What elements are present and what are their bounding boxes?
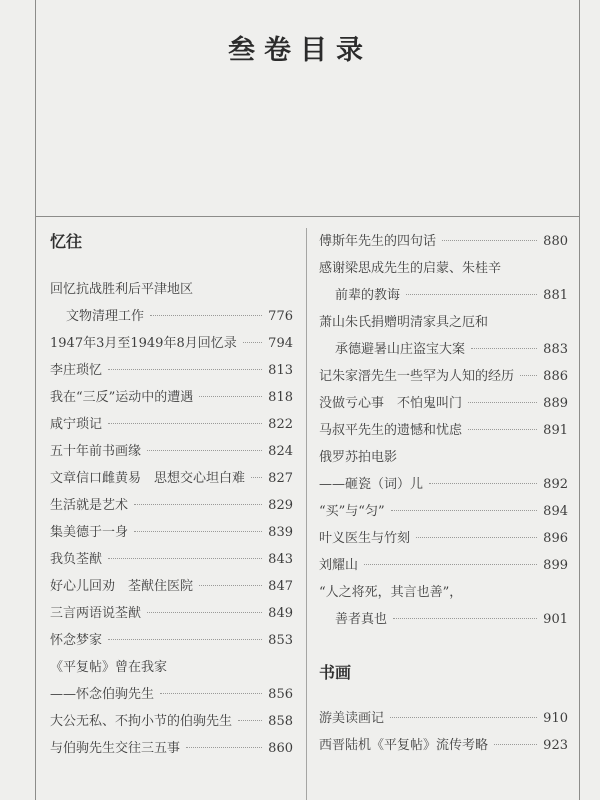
dot-leader <box>393 618 537 619</box>
toc-entry-title: 没做亏心事 不怕鬼叫门 <box>319 390 462 417</box>
toc-entry[interactable]: 与伯驹先生交往三五事860 <box>50 735 293 762</box>
toc-entry-page-number: 889 <box>543 390 568 417</box>
toc-entry[interactable]: ——砸瓷（词）儿892 <box>319 471 568 498</box>
toc-entry-title: 咸宁琐记 <box>50 411 102 438</box>
header-divider-line <box>35 216 580 217</box>
toc-entry[interactable]: 集美德于一身839 <box>50 519 293 546</box>
toc-entry[interactable]: 游美读画记910 <box>319 705 568 732</box>
toc-entry-title: 生活就是艺术 <box>50 492 128 519</box>
toc-entry-page-number: 829 <box>268 492 293 519</box>
toc-entry-page-number: 827 <box>268 465 293 492</box>
toc-entry[interactable]: 俄罗苏拍电影 <box>319 444 568 471</box>
toc-entry-page-number: 843 <box>268 546 293 573</box>
toc-entry-title: 李庄琐忆 <box>50 357 102 384</box>
toc-entry-page-number: 883 <box>543 336 568 363</box>
toc-entry-title: 前辈的教诲 <box>335 282 400 309</box>
toc-entry[interactable]: 我在“三反”运动中的遭遇818 <box>50 384 293 411</box>
toc-entry-title: 西晋陆机《平复帖》流传考略 <box>319 732 488 759</box>
toc-entry-title: 我在“三反”运动中的遭遇 <box>50 384 193 411</box>
toc-entry[interactable]: 善者真也901 <box>319 606 568 633</box>
toc-entry[interactable]: 刘耀山899 <box>319 552 568 579</box>
toc-entry-page-number: 822 <box>268 411 293 438</box>
toc-entry-title: 游美读画记 <box>319 705 384 732</box>
dot-leader <box>391 510 538 511</box>
toc-entry[interactable]: “人之将死，其言也善”， <box>319 579 568 606</box>
toc-entry-title: 记朱家溍先生一些罕为人知的经历 <box>319 363 514 390</box>
dot-leader <box>429 483 537 484</box>
dot-leader <box>160 693 262 694</box>
toc-entry-page-number: 892 <box>543 471 568 498</box>
section-heading-yiwang: 忆往 <box>50 228 293 256</box>
toc-entry-title: 怀念梦家 <box>50 627 102 654</box>
toc-entry[interactable]: ——怀念伯驹先生856 <box>50 681 293 708</box>
toc-entry-title: 文物清理工作 <box>66 303 144 330</box>
dot-leader <box>471 348 537 349</box>
section-heading-shuhua: 书画 <box>319 659 568 687</box>
toc-entry-page-number: 860 <box>268 735 293 762</box>
page-frame-left-border <box>35 0 36 800</box>
dot-leader <box>251 477 262 478</box>
toc-entry[interactable]: 回忆抗战胜利后平津地区 <box>50 276 293 303</box>
toc-entry-title: 萧山朱氏捐赠明清家具之厄和 <box>319 309 488 336</box>
dot-leader <box>134 531 262 532</box>
toc-entry[interactable]: 1947年3月至1949年8月回忆录794 <box>50 330 293 357</box>
toc-entry[interactable]: 三言两语说荃猷849 <box>50 600 293 627</box>
toc-entry-title: 文章信口雌黄易 思想交心坦白难 <box>50 465 245 492</box>
toc-entry-title: 回忆抗战胜利后平津地区 <box>50 276 193 303</box>
dot-leader <box>186 747 262 748</box>
toc-entry-page-number: 880 <box>543 228 568 255</box>
dot-leader <box>468 402 537 403</box>
toc-entry-title: 好心儿回劝 荃猷住医院 <box>50 573 193 600</box>
toc-entry[interactable]: 我负荃猷843 <box>50 546 293 573</box>
toc-entry-page-number: 901 <box>543 606 568 633</box>
toc-left-column: 忆往 回忆抗战胜利后平津地区文物清理工作7761947年3月至1949年8月回忆… <box>50 228 293 762</box>
toc-entry-page-number: 839 <box>268 519 293 546</box>
dot-leader <box>238 720 262 721</box>
toc-entry[interactable]: 大公无私、不拘小节的伯驹先生858 <box>50 708 293 735</box>
toc-entry[interactable]: 马叔平先生的遗憾和忧虑891 <box>319 417 568 444</box>
toc-entry-page-number: 858 <box>268 708 293 735</box>
toc-entry-page-number: 813 <box>268 357 293 384</box>
toc-entry-page-number: 849 <box>268 600 293 627</box>
toc-entry[interactable]: 李庄琐忆813 <box>50 357 293 384</box>
dot-leader <box>520 375 537 376</box>
toc-entry[interactable]: 感谢梁思成先生的启蒙、朱桂辛 <box>319 255 568 282</box>
toc-entry-page-number: 856 <box>268 681 293 708</box>
dot-leader <box>150 315 262 316</box>
toc-entry-page-number: 896 <box>543 525 568 552</box>
toc-entry[interactable]: 好心儿回劝 荃猷住医院847 <box>50 573 293 600</box>
toc-entry[interactable]: 文物清理工作776 <box>50 303 293 330</box>
toc-entry-title: 叶义医生与竹刻 <box>319 525 410 552</box>
toc-entry[interactable]: 文章信口雌黄易 思想交心坦白难827 <box>50 465 293 492</box>
toc-entry-title: ——怀念伯驹先生 <box>50 681 154 708</box>
toc-entry-title: 我负荃猷 <box>50 546 102 573</box>
toc-entry-page-number: 886 <box>543 363 568 390</box>
page-frame-right-border <box>579 0 580 800</box>
toc-entry-title: 五十年前书画缘 <box>50 438 141 465</box>
toc-entry-page-number: 894 <box>543 498 568 525</box>
toc-entry-title: 承德避暑山庄盗宝大案 <box>335 336 465 363</box>
dot-leader <box>442 240 537 241</box>
dot-leader <box>108 558 262 559</box>
toc-entry-page-number: 847 <box>268 573 293 600</box>
toc-entry-page-number: 910 <box>543 705 568 732</box>
dot-leader <box>147 450 262 451</box>
dot-leader <box>108 639 262 640</box>
page-title: 叁卷目录 <box>0 28 600 67</box>
dot-leader <box>390 717 537 718</box>
toc-entry-title: “买”与“匀” <box>319 498 385 525</box>
dot-leader <box>199 396 262 397</box>
toc-entry-title: “人之将死，其言也善”， <box>319 579 462 606</box>
toc-entry-title: 与伯驹先生交往三五事 <box>50 735 180 762</box>
dot-leader <box>147 612 262 613</box>
dot-leader <box>416 537 537 538</box>
toc-entry[interactable]: 《平复帖》曾在我家 <box>50 654 293 681</box>
toc-entry-title: 俄罗苏拍电影 <box>319 444 397 471</box>
toc-entry-page-number: 881 <box>543 282 568 309</box>
dot-leader <box>108 423 262 424</box>
toc-entry[interactable]: 西晋陆机《平复帖》流传考略923 <box>319 732 568 759</box>
toc-entry-page-number: 853 <box>268 627 293 654</box>
toc-entry[interactable]: 记朱家溍先生一些罕为人知的经历886 <box>319 363 568 390</box>
toc-entry-title: 马叔平先生的遗憾和忧虑 <box>319 417 462 444</box>
toc-entry-title: 大公无私、不拘小节的伯驹先生 <box>50 708 232 735</box>
toc-entry-title: 《平复帖》曾在我家 <box>50 654 167 681</box>
toc-entry-title: 善者真也 <box>335 606 387 633</box>
toc-entry[interactable]: 怀念梦家853 <box>50 627 293 654</box>
toc-entry-title: 刘耀山 <box>319 552 358 579</box>
column-divider <box>306 228 307 800</box>
dot-leader <box>494 744 537 745</box>
toc-entry[interactable]: 承德避暑山庄盗宝大案883 <box>319 336 568 363</box>
toc-entry-page-number: 818 <box>268 384 293 411</box>
toc-entry[interactable]: 五十年前书画缘824 <box>50 438 293 465</box>
toc-entry-page-number: 891 <box>543 417 568 444</box>
toc-entry-page-number: 776 <box>268 303 293 330</box>
toc-entry-page-number: 899 <box>543 552 568 579</box>
toc-entry-title: 三言两语说荃猷 <box>50 600 141 627</box>
toc-entry[interactable]: 傅斯年先生的四句话880 <box>319 228 568 255</box>
toc-entry[interactable]: 萧山朱氏捐赠明清家具之厄和 <box>319 309 568 336</box>
toc-entry[interactable]: 前辈的教诲881 <box>319 282 568 309</box>
toc-entry[interactable]: 没做亏心事 不怕鬼叫门889 <box>319 390 568 417</box>
toc-entry[interactable]: 生活就是艺术829 <box>50 492 293 519</box>
dot-leader <box>468 429 537 430</box>
toc-entry-page-number: 923 <box>543 732 568 759</box>
dot-leader <box>199 585 262 586</box>
dot-leader <box>406 294 537 295</box>
dot-leader <box>134 504 262 505</box>
toc-entry-title: 傅斯年先生的四句话 <box>319 228 436 255</box>
toc-entry-title: 1947年3月至1949年8月回忆录 <box>50 330 237 357</box>
toc-entry-title: 感谢梁思成先生的启蒙、朱桂辛 <box>319 255 501 282</box>
toc-entry-title: ——砸瓷（词）儿 <box>319 471 423 498</box>
toc-right-column: 傅斯年先生的四句话880感谢梁思成先生的启蒙、朱桂辛前辈的教诲881萧山朱氏捐赠… <box>319 228 568 759</box>
dot-leader <box>108 369 262 370</box>
toc-entry[interactable]: “买”与“匀”894 <box>319 498 568 525</box>
toc-entry-title: 集美德于一身 <box>50 519 128 546</box>
toc-entry-page-number: 794 <box>268 330 293 357</box>
toc-entry-page-number: 824 <box>268 438 293 465</box>
dot-leader <box>364 564 537 565</box>
toc-entry[interactable]: 咸宁琐记822 <box>50 411 293 438</box>
toc-entry[interactable]: 叶义医生与竹刻896 <box>319 525 568 552</box>
dot-leader <box>243 342 262 343</box>
